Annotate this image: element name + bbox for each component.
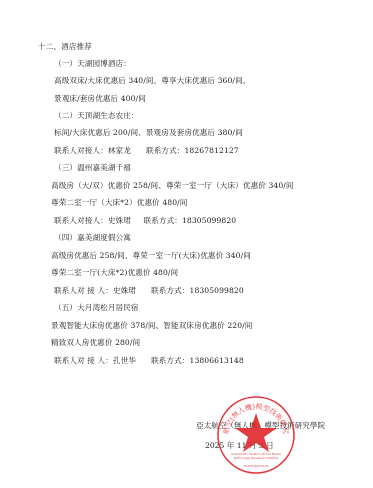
hotel-3-contact: 联系人对接人：史姝珺 联系方式：18305099820 (54, 216, 236, 226)
hotel-5-contact: 联系人对 接 人：孔世华 联系方式：13806613148 (54, 356, 244, 366)
hotel-4-contact: 联系人对 接 人：史姝珺 联系方式：18305099820 (54, 286, 244, 296)
stamp-number: 2224016637233 (244, 464, 269, 468)
hotel-4-line-1: 高级房优惠后 258/间、尊荣一室一厅(大床)优惠价 340/间 (51, 251, 251, 261)
hotel-4-heading: （四）嘉美湖度假公寓 (54, 233, 131, 243)
section-title: 十二、酒店推荐 (38, 42, 92, 52)
star-icon (235, 413, 277, 452)
hotel-5-line-1: 景观智能大床房优惠价 378/间、智能双床房优惠价 220/间 (51, 321, 253, 331)
hotel-2-heading: （二）天顶湖生态农庄： (54, 111, 139, 121)
hotel-1-line-2: 景观床/套房优惠后 400/间 (54, 94, 146, 104)
hotel-1-line-1: 高级双床/大床优惠后 340/间、尊享大床优惠后 360/间、 (54, 76, 250, 86)
hotel-4-line-2: 尊荣二室一厅(大床*2)优惠价 480/间 (51, 268, 178, 278)
hotel-2-contact: 联系人对接人：林家龙 联系方式：18267812127 (54, 146, 239, 156)
stamp-english-line-2: Technology Research Institute (233, 456, 279, 460)
hotel-2-line-1: 标间/大床优惠后 200/间、景观房及套房优惠后 380/间 (54, 128, 243, 138)
hotel-5-heading: （五）大月湾松月居民宿 (54, 303, 139, 313)
hotel-3-heading: （三）温州嘉美湖千禧 (54, 163, 131, 173)
hotel-3-line-2: 尊荣二室一厅（大床*2）优惠价 480/间 (51, 198, 188, 208)
hotel-5-line-2: 精致双人房优惠价 280/间 (51, 338, 140, 348)
official-seal-stamp: 亞太航空(無人機)模型技術研究學院 Asia Pacific Aviation … (216, 395, 296, 475)
hotel-3-line-1: 高级房（大/双）优惠价 258/间、尊荣一室一厅（大床）优惠价 340/间 (51, 181, 294, 191)
hotel-1-heading: （一）天湖园博酒店： (54, 59, 131, 69)
